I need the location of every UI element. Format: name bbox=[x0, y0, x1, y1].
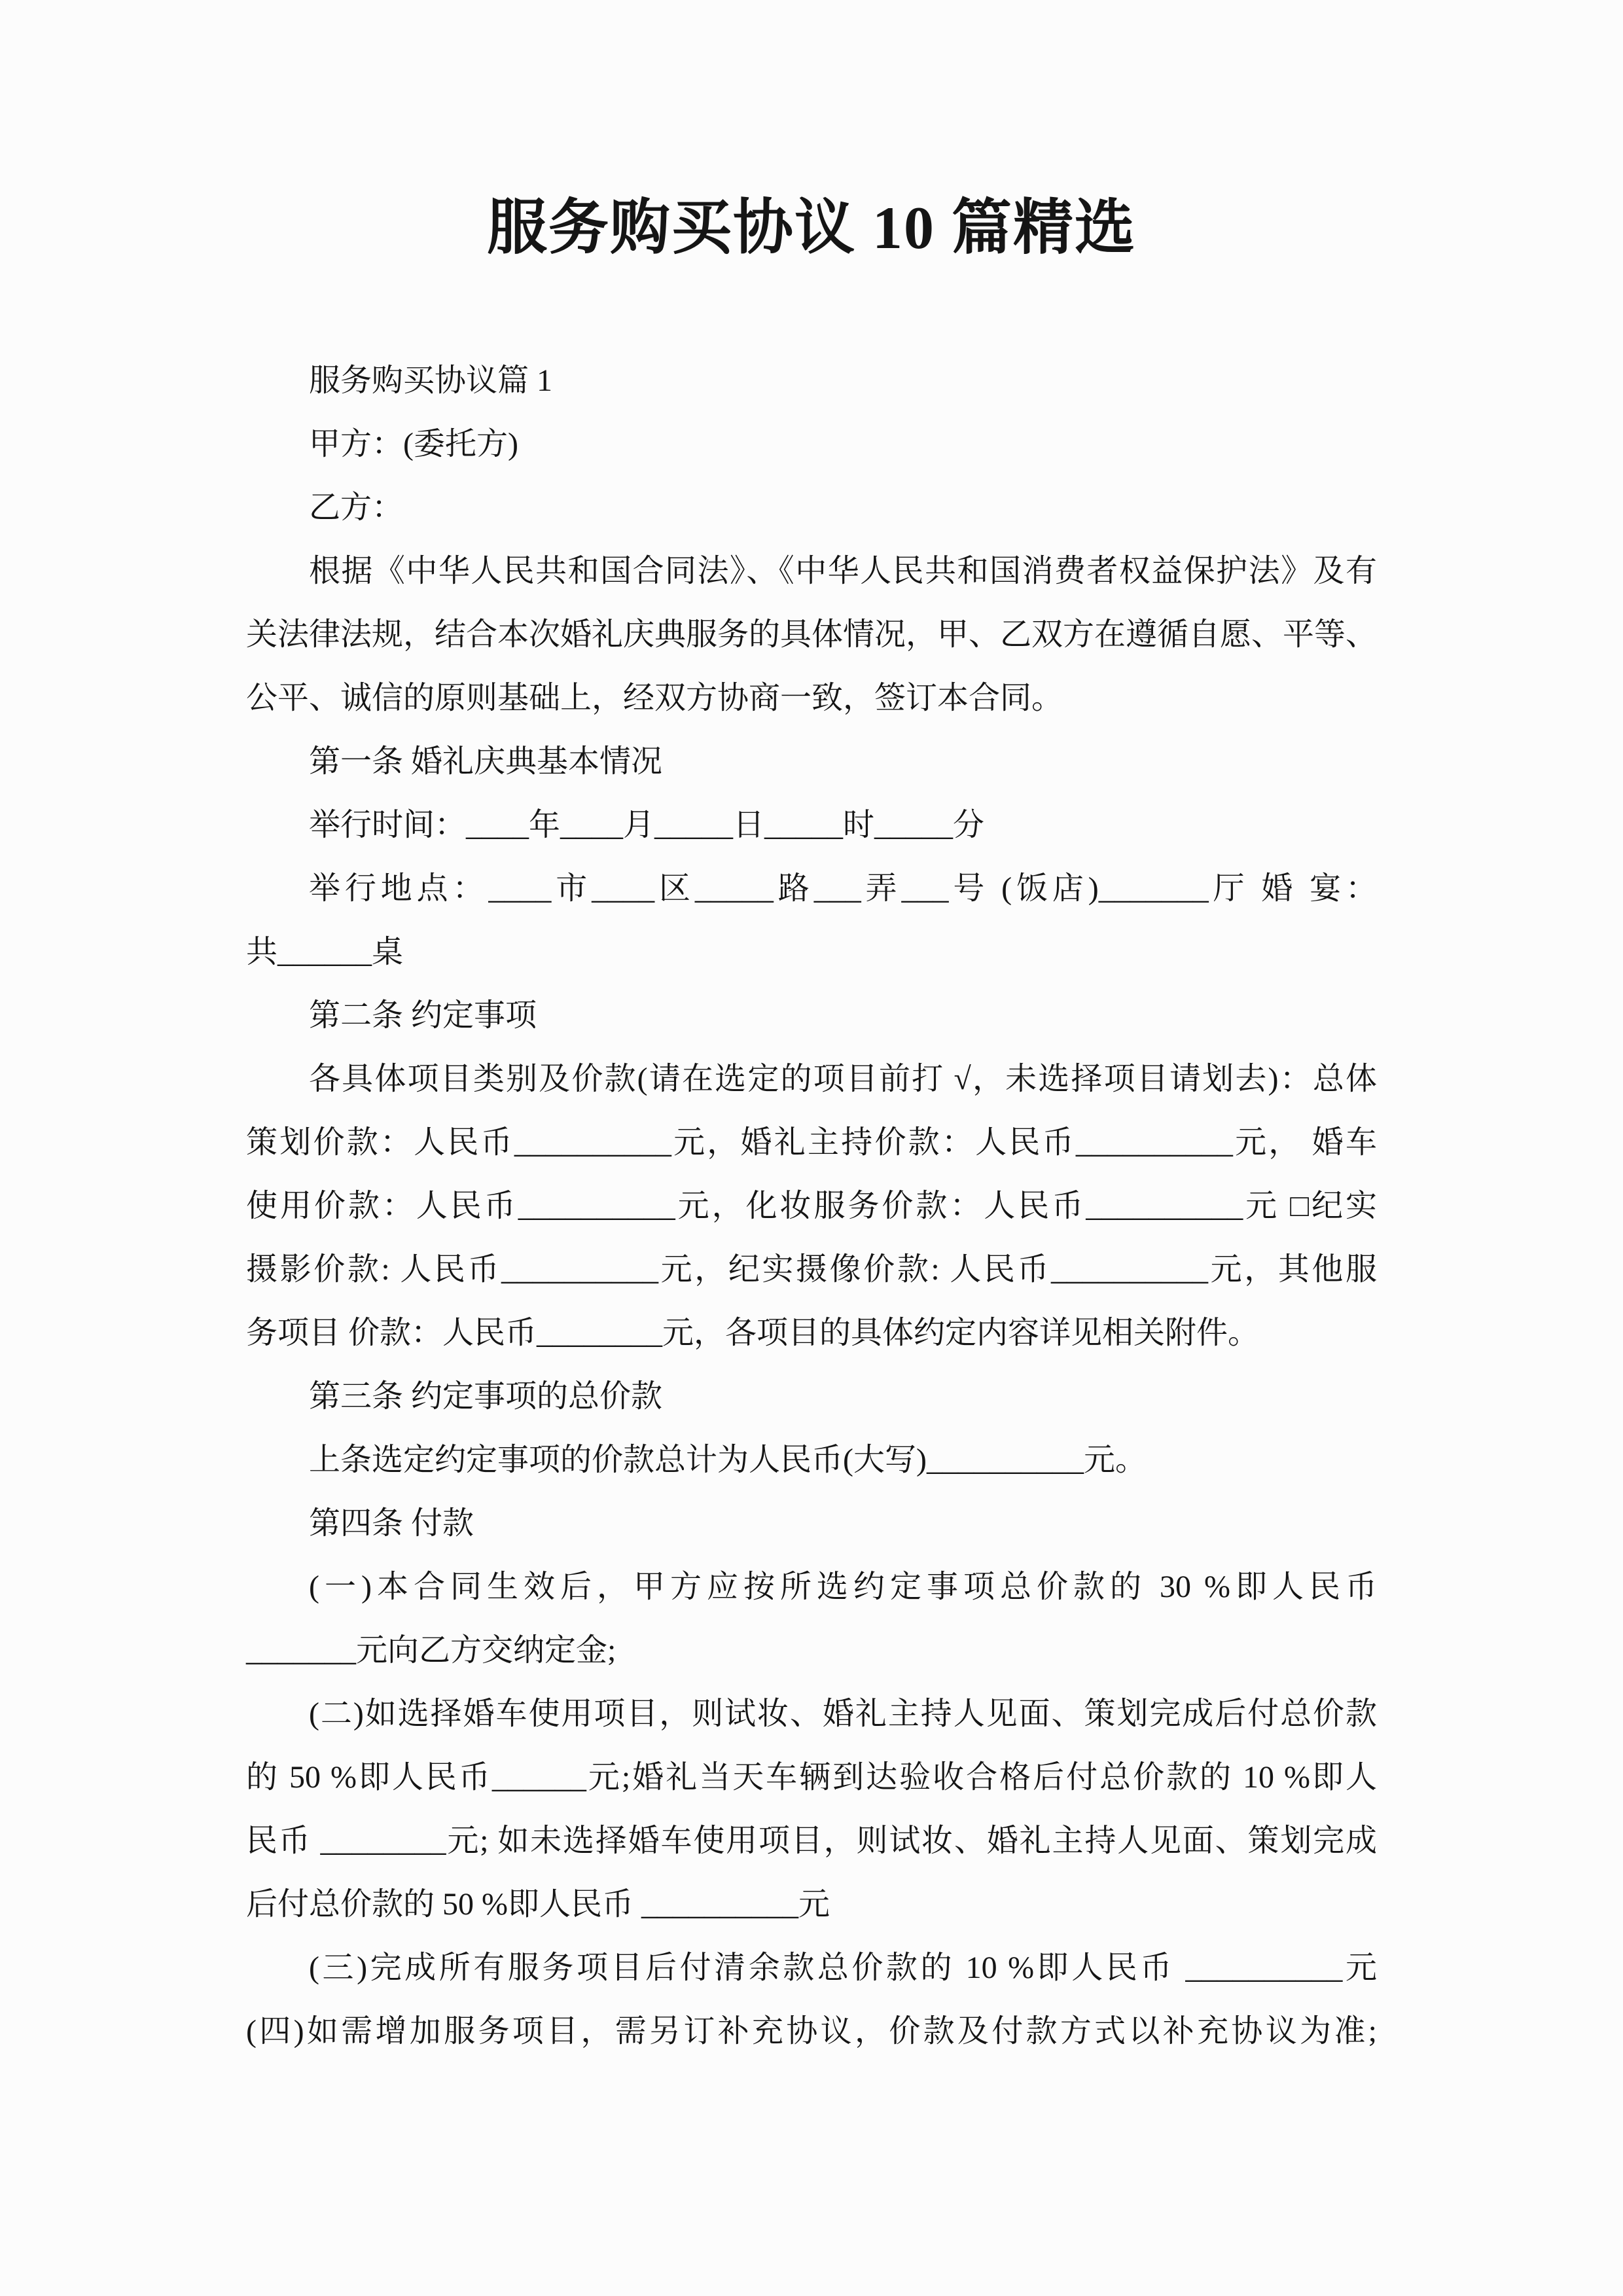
document-line: (四)如需增加服务项目，需另订补充协议，价款及付款方式以补充协议为准; bbox=[246, 2000, 1377, 2063]
document-line: 后付总价款的 50 %即人民币 __________元 bbox=[246, 1873, 1377, 1936]
document-line: (二)如选择婚车使用项目，则试妆、婚礼主持人见面、策划完成后付总价款 bbox=[246, 1682, 1377, 1746]
document-line: 摄影价款: 人民币__________元，纪实摄像价款: 人民币________… bbox=[246, 1238, 1377, 1301]
contract-body: 服务购买协议篇 1 甲方：(委托方) 乙方： 根据《中华人民共和国合同法》、《中… bbox=[0, 349, 1623, 2063]
document-line: 服务购买协议篇 1 bbox=[246, 349, 1377, 412]
document-line: 根据《中华人民共和国合同法》、《中华人民共和国消费者权益保护法》及有 bbox=[246, 539, 1377, 603]
document-line: (一)本合同生效后，甲方应按所选约定事项总价款的 30 %即人民币 bbox=[246, 1555, 1377, 1619]
document-line: 上条选定约定事项的价款总计为人民币(大写)__________元。 bbox=[246, 1428, 1377, 1492]
document-page: 服务购买协议 10 篇精选 服务购买协议篇 1 甲方：(委托方) 乙方： 根据《… bbox=[0, 0, 1623, 2296]
document-line: 的 50 %即人民币______元;婚礼当天车辆到达验收合格后付总价款的 10 … bbox=[246, 1746, 1377, 1809]
document-line: 第一条 婚礼庆典基本情况 bbox=[246, 730, 1377, 793]
document-line: 第二条 约定事项 bbox=[246, 984, 1377, 1047]
document-line: (三)完成所有服务项目后付清余款总价款的 10 %即人民币 __________… bbox=[246, 1936, 1377, 2000]
document-line: 第四条 付款 bbox=[246, 1492, 1377, 1555]
document-line: 甲方：(委托方) bbox=[246, 412, 1377, 476]
document-line: _______元向乙方交纳定金; bbox=[246, 1619, 1377, 1682]
document-line: 举行地点：____市____区_____路___弄___号 (饭店)______… bbox=[246, 857, 1377, 920]
document-line: 使用价款：人民币__________元，化妆服务价款：人民币__________… bbox=[246, 1174, 1377, 1238]
document-line: 乙方： bbox=[246, 476, 1377, 539]
document-line: 公平、诚信的原则基础上，经双方协商一致，签订本合同。 bbox=[246, 666, 1377, 730]
document-line: 共______桌 bbox=[246, 920, 1377, 984]
document-line: 策划价款：人民币__________元，婚礼主持价款：人民币__________… bbox=[246, 1111, 1377, 1174]
document-line: 民币 ________元; 如未选择婚车使用项目，则试妆、婚礼主持人见面、策划完… bbox=[246, 1809, 1377, 1873]
document-line: 关法律法规，结合本次婚礼庆典服务的具体情况，甲、乙双方在遵循自愿、平等、 bbox=[246, 603, 1377, 666]
document-line: 第三条 约定事项的总价款 bbox=[246, 1365, 1377, 1428]
contract-title: 服务购买协议 10 篇精选 bbox=[0, 0, 1623, 260]
document-line: 各具体项目类别及价款(请在选定的项目前打 √，未选择项目请划去)：总体 bbox=[246, 1047, 1377, 1111]
document-line: 务项目 价款：人民币________元，各项目的具体约定内容详见相关附件。 bbox=[246, 1301, 1377, 1365]
document-line: 举行时间：____年____月_____日_____时_____分 bbox=[246, 793, 1377, 857]
